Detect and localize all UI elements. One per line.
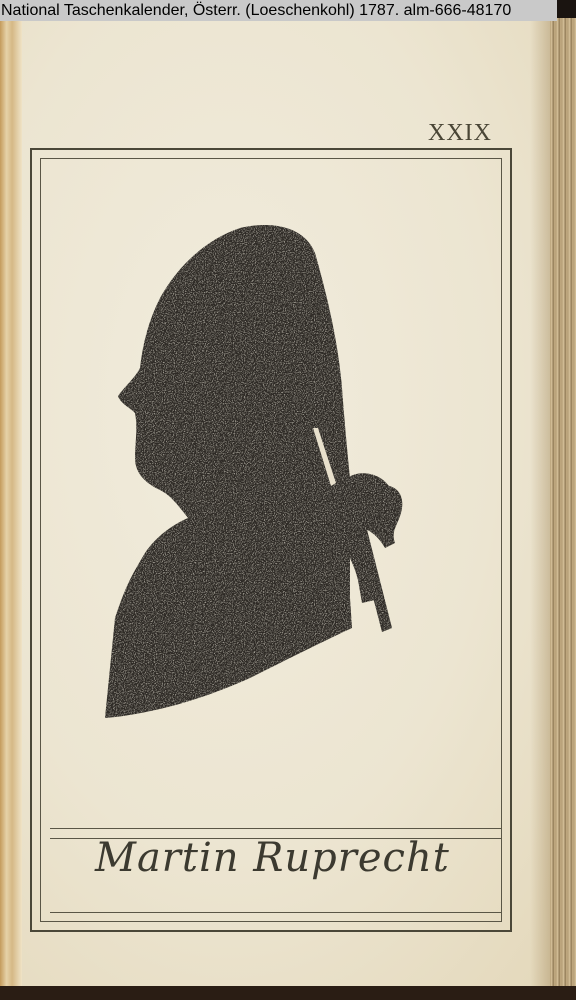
book-bottom-edge	[0, 986, 576, 1000]
page-number: XXIX	[428, 120, 492, 147]
name-box-rule-bottom	[50, 912, 502, 913]
page-edge-shade	[530, 18, 550, 990]
book-fore-edge	[550, 18, 576, 998]
image-caption: National Taschenkalender, Österr. (Loesc…	[0, 0, 557, 21]
portrait-silhouette	[100, 218, 410, 728]
book-gutter	[0, 18, 22, 990]
portrait-subject-name: Martin Ruprecht	[95, 835, 450, 881]
name-box-rule-top-1	[50, 828, 502, 829]
